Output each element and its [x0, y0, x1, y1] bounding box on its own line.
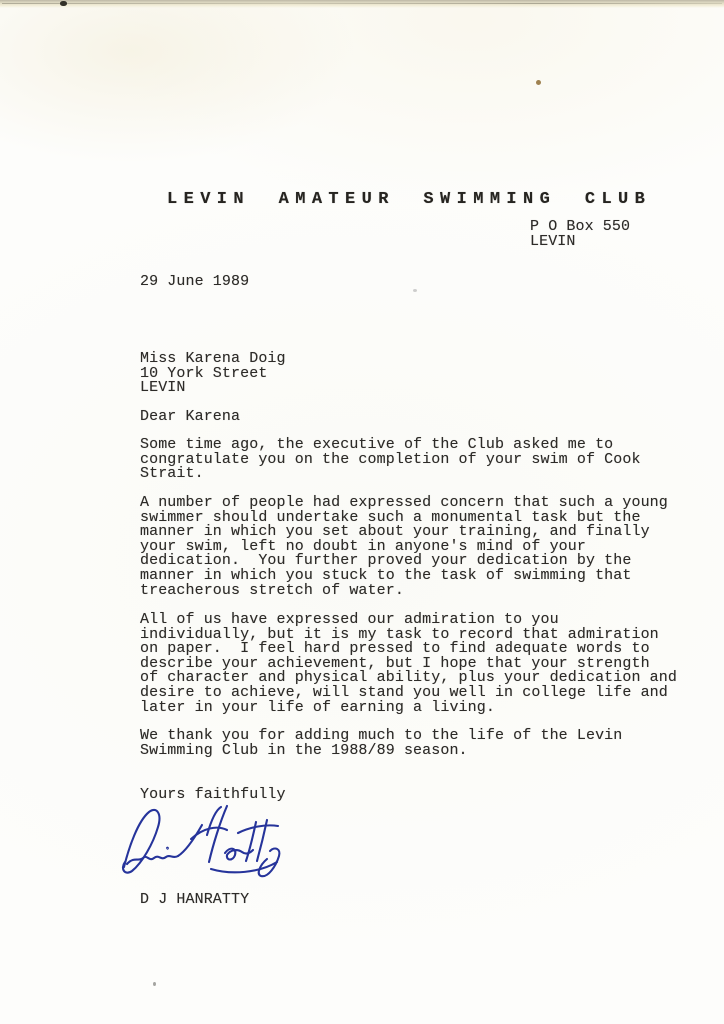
- body-paragraph: Some time ago, the executive of the Club…: [140, 438, 641, 482]
- scan-artifact-dot: [60, 1, 67, 6]
- signatory-name: D J HANRATTY: [140, 893, 249, 908]
- sender-address: P O Box 550 LEVIN: [530, 220, 630, 249]
- complimentary-closing: Yours faithfully: [140, 788, 286, 803]
- club-letterhead-title: LEVIN AMATEUR SWIMMING CLUB: [167, 190, 651, 209]
- scan-artifact-speck: [413, 289, 417, 292]
- body-paragraph: We thank you for adding much to the life…: [140, 729, 622, 758]
- salutation: Dear Karena: [140, 410, 240, 425]
- scanned-letter-page: LEVIN AMATEUR SWIMMING CLUB P O Box 550 …: [0, 0, 724, 1024]
- handwritten-signature: [110, 803, 300, 887]
- body-paragraph: A number of people had expressed concern…: [140, 496, 668, 598]
- scan-artifact-speck: [536, 80, 541, 85]
- letter-date: 29 June 1989: [140, 275, 249, 290]
- signature-ink-drawing: [110, 803, 300, 887]
- recipient-address: Miss Karena Doig 10 York Street LEVIN: [140, 352, 286, 396]
- scanner-edge-line: [2, 3, 722, 4]
- scan-artifact-speck: [153, 982, 156, 986]
- body-paragraph: All of us have expressed our admiration …: [140, 613, 677, 715]
- scanner-edge-band: [0, 0, 724, 8]
